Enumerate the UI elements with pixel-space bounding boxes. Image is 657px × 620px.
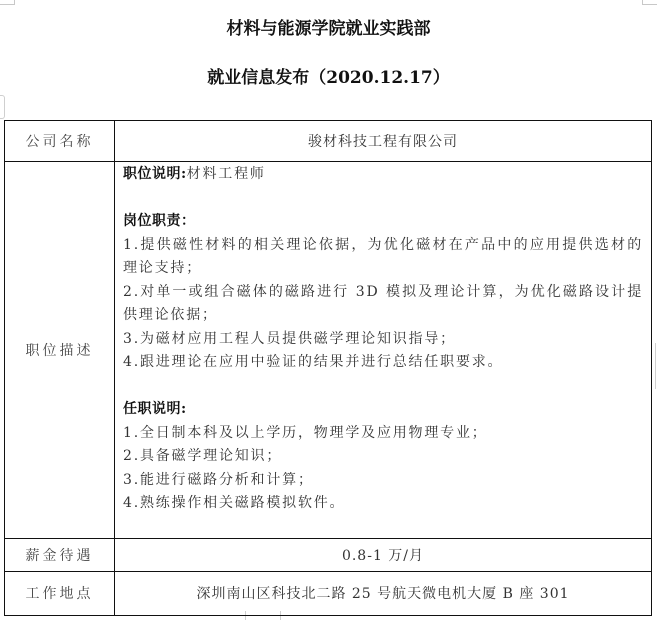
table-row-description: 职位描述 职位说明:材料工程师 岗位职责： 1.提供磁性材料的相关理论依据，为优… bbox=[5, 162, 652, 539]
spacer bbox=[123, 187, 643, 211]
duty-item: 1.提供磁性材料的相关理论依据，为优化磁材在产品中的应用提供选材的理论支持； bbox=[123, 234, 643, 281]
document-subtitle: 就业信息发布（2020.12.17） bbox=[0, 63, 657, 88]
salary-label: 薪金待遇 bbox=[5, 538, 115, 571]
description-label: 职位描述 bbox=[5, 162, 115, 539]
duty-item: 3.为磁材应用工程人员提供磁学理论知识指导； bbox=[123, 328, 643, 352]
page-corner-mark-top-left bbox=[0, 0, 15, 5]
position-line: 职位说明:材料工程师 bbox=[123, 163, 643, 187]
location-value: 深圳南山区科技北二路 25 号航天微电机大厦 B 座 301 bbox=[115, 571, 652, 615]
company-value: 骏材科技工程有限公司 bbox=[115, 121, 652, 162]
table-row-company: 公司名称 骏材科技工程有限公司 bbox=[5, 121, 652, 162]
description-content: 职位说明:材料工程师 岗位职责： 1.提供磁性材料的相关理论依据，为优化磁材在产… bbox=[115, 162, 652, 539]
document-title: 材料与能源学院就业实践部 bbox=[0, 14, 657, 39]
requirement-item: 2.具备磁学理论知识； bbox=[123, 445, 643, 469]
company-label: 公司名称 bbox=[5, 121, 115, 162]
duty-item: 2.对单一或组合磁体的磁路进行 3D 模拟及理论计算，为优化磁路设计提供理论依据… bbox=[123, 281, 643, 328]
salary-value: 0.8-1 万/月 bbox=[115, 538, 652, 571]
duty-item: 4.跟进理论在应用中验证的结果并进行总结任职要求。 bbox=[123, 351, 643, 375]
requirement-item: 3.能进行磁路分析和计算； bbox=[123, 469, 643, 493]
requirement-item: 4.熟练操作相关磁路模拟软件。 bbox=[123, 492, 643, 516]
requirement-item: 1.全日制本科及以上学历，物理学及应用物理专业； bbox=[123, 422, 643, 446]
table-row-location: 工作地点 深圳南山区科技北二路 25 号航天微电机大厦 B 座 301 bbox=[5, 571, 652, 615]
position-value: 材料工程师 bbox=[187, 166, 266, 182]
page-corner-mark-top-right bbox=[642, 0, 657, 5]
requirements-heading: 任职说明: bbox=[123, 398, 643, 422]
table-row-salary: 薪金待遇 0.8-1 万/月 bbox=[5, 538, 652, 571]
table-move-handle[interactable] bbox=[0, 95, 5, 119]
spacer bbox=[123, 375, 643, 399]
duties-heading: 岗位职责： bbox=[123, 210, 643, 234]
job-info-table: 公司名称 骏材科技工程有限公司 职位描述 职位说明:材料工程师 岗位职责： 1.… bbox=[4, 120, 652, 616]
position-heading: 职位说明: bbox=[123, 166, 187, 182]
location-label: 工作地点 bbox=[5, 571, 115, 615]
